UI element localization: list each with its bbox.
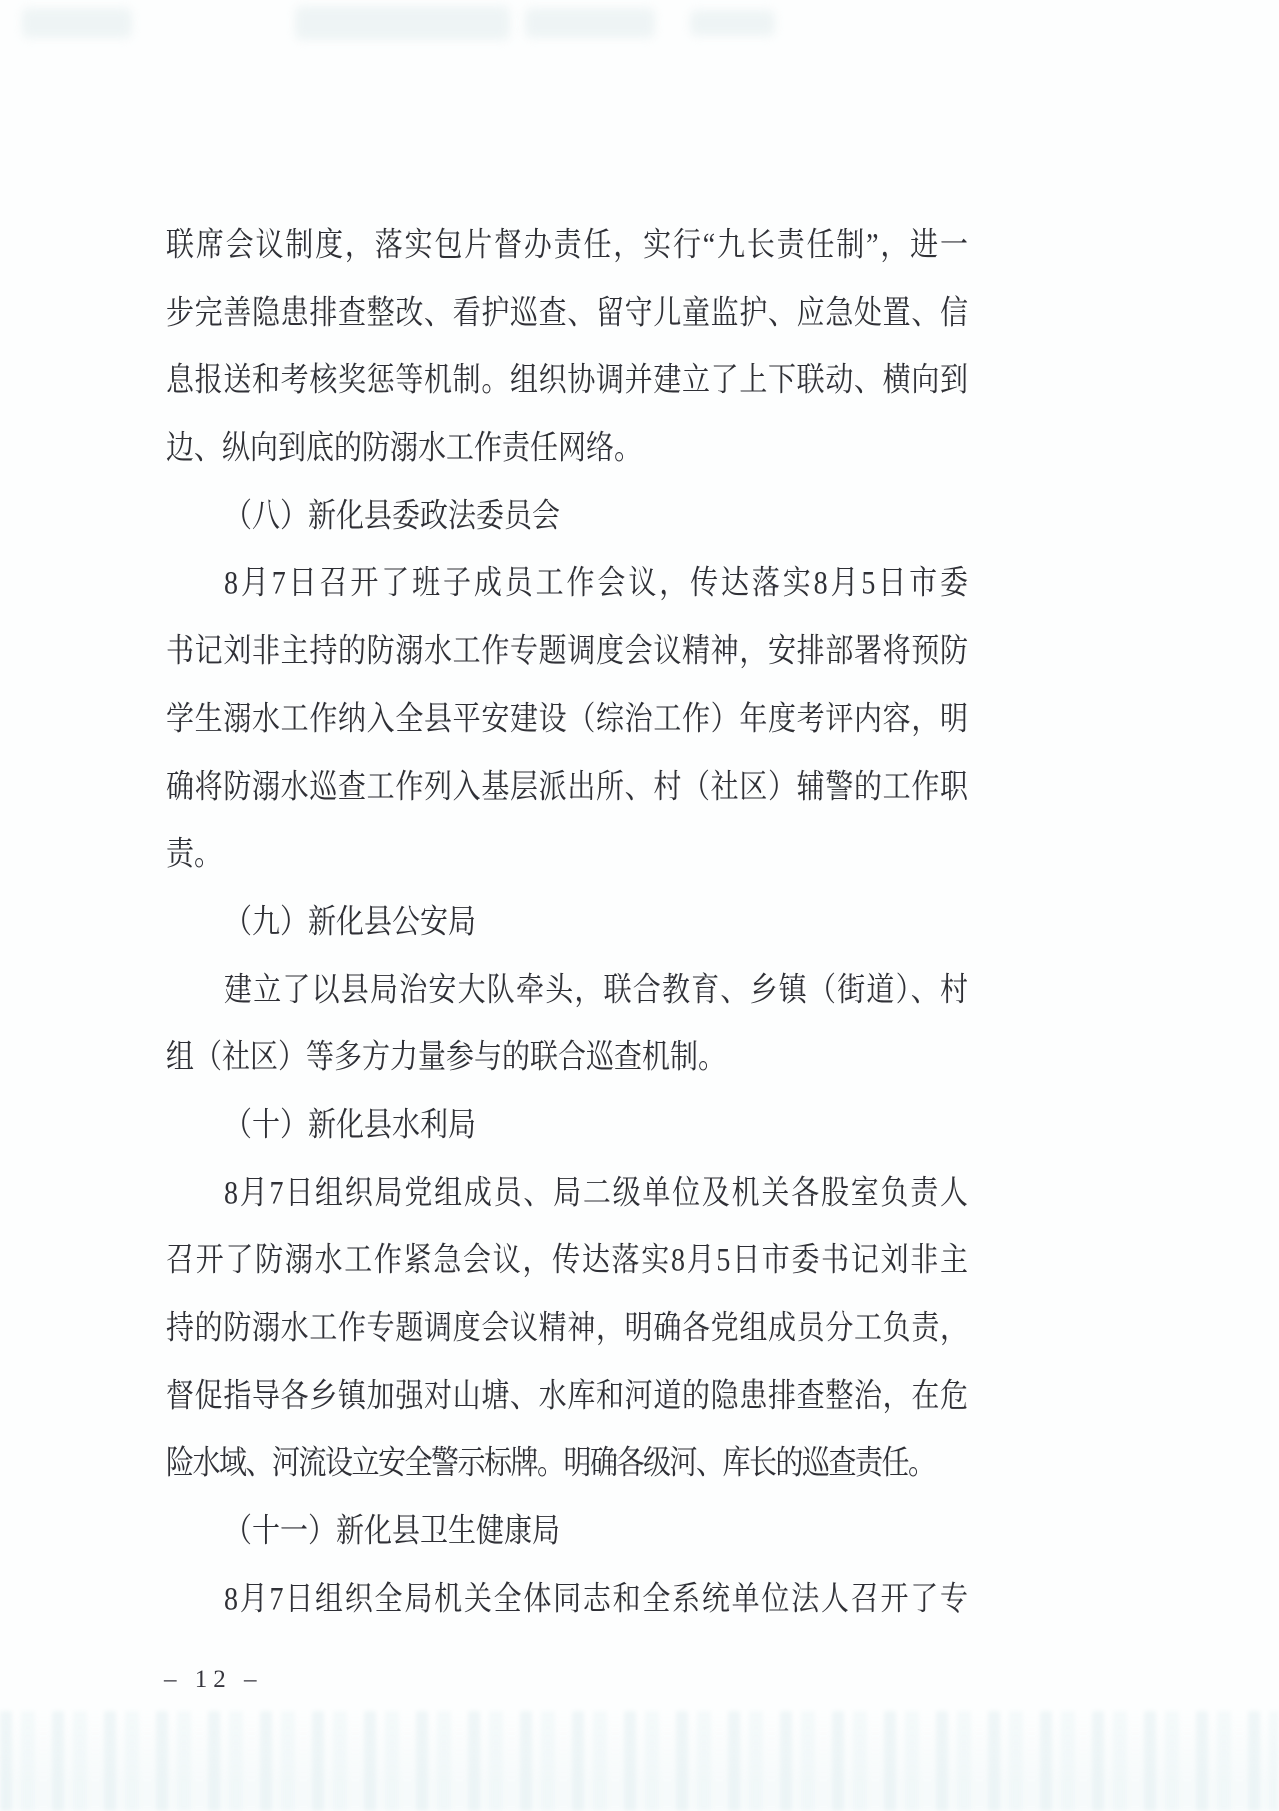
- scanned-document-page: 联席会议制度，落实包片督办责任，实行“九长责任制”，进一步完善隐患排查整改、看护…: [0, 0, 1279, 1811]
- scan-bleed-artifact-bottom: [0, 1711, 1279, 1811]
- body-line: 8月7日组织全局机关全体同志和全系统单位法人召开了专: [166, 1560, 968, 1640]
- scan-bleed-artifact-top: [295, 6, 510, 40]
- scan-bleed-artifact-top: [22, 8, 132, 38]
- document-body: 联席会议制度，落实包片督办责任，实行“九长责任制”，进一步完善隐患排查整改、看护…: [166, 212, 968, 1633]
- scan-bleed-artifact-top: [690, 10, 775, 36]
- scan-bleed-artifact-top: [525, 8, 655, 38]
- page-number: – 12 –: [164, 1666, 263, 1694]
